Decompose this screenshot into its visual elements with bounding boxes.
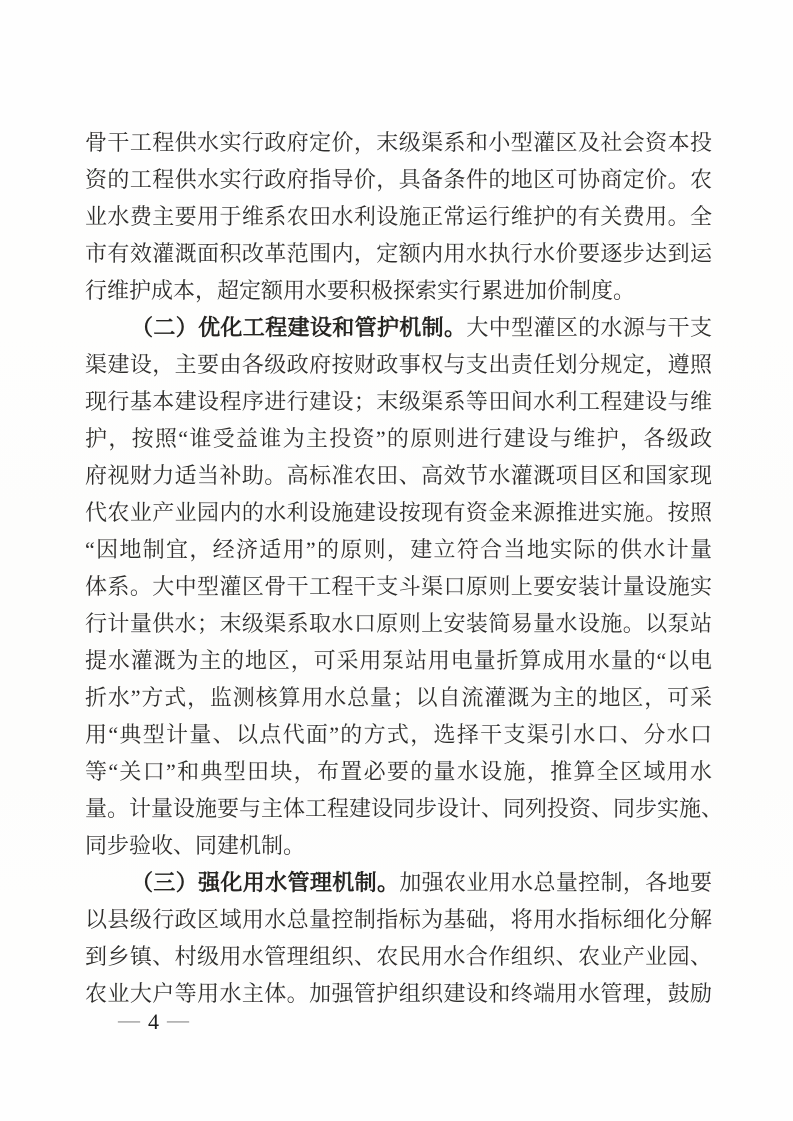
text-line: 以县级行政区域用水总量控制指标为基础，将用水指标细化分解 xyxy=(85,901,712,938)
text-line: （二）优化工程建设和管护机制。大中型灌区的水源与干支 xyxy=(85,309,712,346)
text-line: 折水”方式，监测核算用水总量；以自流灌溉为主的地区，可采 xyxy=(85,679,712,716)
text-line: 行计量供水；末级渠系取水口原则上安装简易量水设施。以泵站 xyxy=(85,605,712,642)
page-number-value: 4 xyxy=(142,1009,167,1034)
text-line: （三）强化用水管理机制。加强农业用水总量控制，各地要 xyxy=(85,864,712,901)
text-line: 行维护成本，超定额用水要积极探索实行累进加价制度。 xyxy=(85,272,712,309)
section-heading: （三）强化用水管理机制。 xyxy=(131,870,399,895)
page-number-right-dash: — xyxy=(167,1007,191,1032)
text-line: 量。计量设施要与主体工程建设同步设计、同列投资、同步实施、 xyxy=(85,790,712,827)
line-text: 加强农业用水总量控制，各地要 xyxy=(399,870,712,895)
text-line: 等“关口”和典型田块，布置必要的量水设施，推算全区域用水 xyxy=(85,753,712,790)
section-heading: （二）优化工程建设和管护机制。 xyxy=(131,315,466,340)
text-line: 用“典型计量、以点代面”的方式，选择干支渠引水口、分水口 xyxy=(85,716,712,753)
text-line: 同步验收、同建机制。 xyxy=(85,827,712,864)
text-line: 提水灌溉为主的地区，可采用泵站用电量折算成用水量的“以电 xyxy=(85,642,712,679)
text-line: 府视财力适当补助。高标准农田、高效节水灌溉项目区和国家现 xyxy=(85,457,712,494)
text-line: 市有效灌溉面积改革范围内，定额内用水执行水价要逐步达到运 xyxy=(85,235,712,272)
text-line: 渠建设，主要由各级政府按财政事权与支出责任划分规定，遵照 xyxy=(85,346,712,383)
text-line: 体系。大中型灌区骨干工程干支斗渠口原则上要安装计量设施实 xyxy=(85,568,712,605)
text-line: 业水费主要用于维系农田水利设施正常运行维护的有关费用。全 xyxy=(85,198,712,235)
text-line: 骨干工程供水实行政府定价，末级渠系和小型灌区及社会资本投 xyxy=(85,124,712,161)
document-body: 骨干工程供水实行政府定价，末级渠系和小型灌区及社会资本投资的工程供水实行政府指导… xyxy=(85,124,712,1012)
line-text: 大中型灌区的水源与干支 xyxy=(466,315,712,340)
text-line: “因地制宜，经济适用”的原则，建立符合当地实际的供水计量 xyxy=(85,531,712,568)
text-line: 护，按照“谁受益谁为主投资”的原则进行建设与维护，各级政 xyxy=(85,420,712,457)
page-number: —4— xyxy=(118,1003,191,1040)
text-line: 到乡镇、村级用水管理组织、农民用水合作组织、农业产业园、 xyxy=(85,938,712,975)
page-number-left-dash: — xyxy=(118,1007,142,1032)
text-line: 现行基本建设程序进行建设；末级渠系等田间水利工程建设与维 xyxy=(85,383,712,420)
text-line: 资的工程供水实行政府指导价，具备条件的地区可协商定价。农 xyxy=(85,161,712,198)
text-line: 代农业产业园内的水利设施建设按现有资金来源推进实施。按照 xyxy=(85,494,712,531)
